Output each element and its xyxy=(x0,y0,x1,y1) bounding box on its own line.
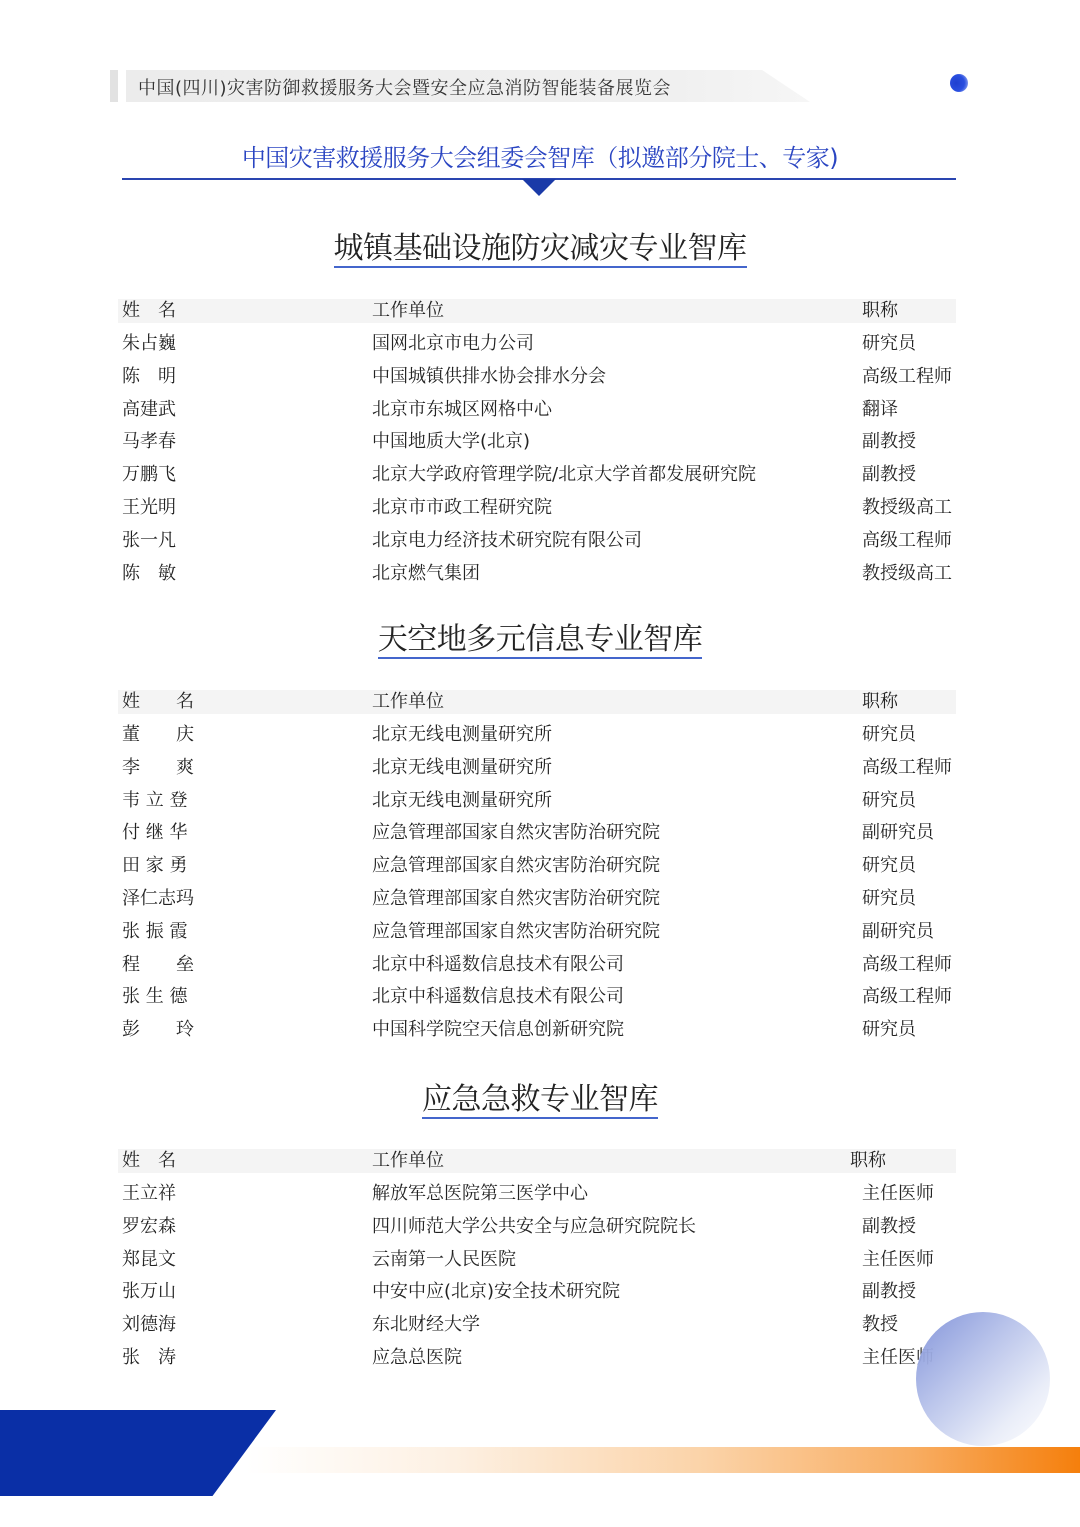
table-row: 张 涛应急总医院主任医师 xyxy=(118,1346,956,1379)
expert-name: 张 生 德 xyxy=(122,985,187,1009)
expert-name: 陈 明 xyxy=(122,365,176,389)
header-accent-bar xyxy=(110,70,118,102)
expert-title: 高级工程师 xyxy=(862,985,952,1009)
expert-title: 主任医师 xyxy=(862,1182,934,1206)
event-header-banner: 中国(四川)灾害防御救援服务大会暨安全应急消防智能装备展览会 xyxy=(110,70,810,102)
event-name: 中国(四川)灾害防御救援服务大会暨安全应急消防智能装备展览会 xyxy=(138,74,671,100)
expert-name: 李 爽 xyxy=(122,756,194,780)
expert-unit: 云南第一人民医院 xyxy=(372,1248,516,1272)
expert-unit: 北京中科遥数信息技术有限公司 xyxy=(372,953,624,977)
expert-unit: 解放军总医院第三医学中心 xyxy=(372,1182,588,1206)
table-row: 张 生 德北京中科遥数信息技术有限公司高级工程师 xyxy=(118,985,956,1018)
header-name: 姓 名 xyxy=(122,299,176,323)
experts-table-infrastructure: 姓 名 工作单位 职称 朱占巍国网北京市电力公司研究员 陈 明中国城镇供排水协会… xyxy=(118,299,956,594)
table-row: 万鹏飞北京大学政府管理学院/北京大学首都发展研究院副教授 xyxy=(118,463,956,496)
table-row: 高建武北京市东城区网格中心翻译 xyxy=(118,398,956,431)
expert-unit: 应急管理部国家自然灾害防治研究院 xyxy=(372,821,660,845)
expert-title: 研究员 xyxy=(862,1018,916,1042)
table-row: 张 振 霞应急管理部国家自然灾害防治研究院副研究员 xyxy=(118,920,956,953)
expert-name: 王立祥 xyxy=(122,1182,176,1206)
expert-name: 郑昆文 xyxy=(122,1248,176,1272)
table-header: 姓 名 工作单位 职称 xyxy=(118,299,956,323)
section-heading: 天空地多元信息专业智库 xyxy=(378,623,703,659)
header-name: 姓 名 xyxy=(122,1149,176,1173)
expert-unit: 四川师范大学公共安全与应急研究院院长 xyxy=(372,1215,696,1239)
expert-title: 副研究员 xyxy=(862,920,934,944)
expert-unit: 中安中应(北京)安全技术研究院 xyxy=(372,1280,620,1304)
expert-name: 张一凡 xyxy=(122,529,176,553)
table-row: 彭 玲中国科学院空天信息创新研究院研究员 xyxy=(118,1018,956,1051)
expert-unit: 应急管理部国家自然灾害防治研究院 xyxy=(372,920,660,944)
expert-name: 张万山 xyxy=(122,1280,176,1304)
header-title: 职称 xyxy=(862,299,898,323)
expert-unit: 北京市市政工程研究院 xyxy=(372,496,552,520)
expert-unit: 国网北京市电力公司 xyxy=(372,332,534,356)
expert-title: 教授 xyxy=(862,1313,898,1337)
expert-unit: 应急管理部国家自然灾害防治研究院 xyxy=(372,854,660,878)
table-row: 陈 明中国城镇供排水协会排水分会高级工程师 xyxy=(118,365,956,398)
expert-title: 高级工程师 xyxy=(862,756,952,780)
expert-name: 王光明 xyxy=(122,496,176,520)
expert-title: 副教授 xyxy=(862,430,916,454)
experts-table-space-info: 姓 名 工作单位 职称 董 庆北京无线电测量研究所研究员 李 爽北京无线电测量研… xyxy=(118,690,956,1051)
down-triangle-icon xyxy=(522,179,556,196)
table-row: 付 继 华应急管理部国家自然灾害防治研究院副研究员 xyxy=(118,821,956,854)
table-row: 罗宏森四川师范大学公共安全与应急研究院院长副教授 xyxy=(118,1215,956,1248)
decorative-dot-icon xyxy=(950,74,968,92)
expert-name: 高建武 xyxy=(122,398,176,422)
expert-unit: 北京无线电测量研究所 xyxy=(372,789,552,813)
section-title-infrastructure: 城镇基础设施防灾减灾专业智库 xyxy=(0,232,1080,268)
expert-name: 田 家 勇 xyxy=(122,854,187,878)
expert-name: 万鹏飞 xyxy=(122,463,176,487)
header-unit: 工作单位 xyxy=(372,299,444,323)
header-name: 姓 名 xyxy=(122,690,194,714)
expert-name: 陈 敏 xyxy=(122,562,176,586)
expert-title: 教授级高工 xyxy=(862,496,952,520)
table-header: 姓 名 工作单位 职称 xyxy=(118,1149,956,1173)
expert-title: 副教授 xyxy=(862,1280,916,1304)
section-heading: 城镇基础设施防灾减灾专业智库 xyxy=(334,232,747,268)
expert-unit: 应急总医院 xyxy=(372,1346,462,1370)
expert-title: 研究员 xyxy=(862,723,916,747)
expert-name: 张 振 霞 xyxy=(122,920,187,944)
expert-unit: 北京无线电测量研究所 xyxy=(372,723,552,747)
table-row: 李 爽北京无线电测量研究所高级工程师 xyxy=(118,756,956,789)
expert-unit: 中国城镇供排水协会排水分会 xyxy=(372,365,606,389)
section-title-space-info: 天空地多元信息专业智库 xyxy=(0,623,1080,659)
expert-unit: 北京无线电测量研究所 xyxy=(372,756,552,780)
header-title: 职称 xyxy=(862,690,898,714)
expert-title: 副研究员 xyxy=(862,821,934,845)
expert-unit: 中国科学院空天信息创新研究院 xyxy=(372,1018,624,1042)
expert-unit: 中国地质大学(北京) xyxy=(372,430,530,454)
table-row: 董 庆北京无线电测量研究所研究员 xyxy=(118,723,956,756)
expert-title: 研究员 xyxy=(862,887,916,911)
header-unit: 工作单位 xyxy=(372,690,444,714)
header-unit: 工作单位 xyxy=(372,1149,444,1173)
expert-unit: 北京电力经济技术研究院有限公司 xyxy=(372,529,642,553)
expert-title: 副教授 xyxy=(862,1215,916,1239)
expert-title: 高级工程师 xyxy=(862,365,952,389)
expert-name: 彭 玲 xyxy=(122,1018,194,1042)
expert-title: 主任医师 xyxy=(862,1248,934,1272)
table-row: 刘德海东北财经大学教授 xyxy=(118,1313,956,1346)
expert-name: 程 垒 xyxy=(122,953,194,977)
table-row: 韦 立 登北京无线电测量研究所研究员 xyxy=(118,789,956,822)
table-row: 田 家 勇应急管理部国家自然灾害防治研究院研究员 xyxy=(118,854,956,887)
expert-title: 教授级高工 xyxy=(862,562,952,586)
table-row: 郑昆文云南第一人民医院主任医师 xyxy=(118,1248,956,1281)
expert-name: 韦 立 登 xyxy=(122,789,187,813)
expert-unit: 东北财经大学 xyxy=(372,1313,480,1337)
expert-title: 高级工程师 xyxy=(862,953,952,977)
expert-name: 泽仁志玛 xyxy=(122,887,194,911)
expert-unit: 北京大学政府管理学院/北京大学首都发展研究院 xyxy=(372,463,756,487)
expert-unit: 北京燃气集团 xyxy=(372,562,480,586)
table-row: 程 垒北京中科遥数信息技术有限公司高级工程师 xyxy=(118,953,956,986)
expert-name: 董 庆 xyxy=(122,723,194,747)
table-header: 姓 名 工作单位 职称 xyxy=(118,690,956,714)
expert-name: 张 涛 xyxy=(122,1346,176,1370)
experts-table-emergency-rescue: 姓 名 工作单位 职称 王立祥解放军总医院第三医学中心主任医师 罗宏森四川师范大… xyxy=(118,1149,956,1379)
expert-title: 研究员 xyxy=(862,854,916,878)
expert-name: 付 继 华 xyxy=(122,821,187,845)
expert-title: 副教授 xyxy=(862,463,916,487)
table-row: 张一凡北京电力经济技术研究院有限公司高级工程师 xyxy=(118,529,956,562)
table-row: 朱占巍国网北京市电力公司研究员 xyxy=(118,332,956,365)
header-title: 职称 xyxy=(850,1149,886,1173)
decorative-orange-gradient-bar xyxy=(246,1447,1080,1473)
expert-name: 马孝春 xyxy=(122,430,176,454)
expert-unit: 北京中科遥数信息技术有限公司 xyxy=(372,985,624,1009)
section-heading: 应急急救专业智库 xyxy=(422,1083,658,1119)
section-title-emergency-rescue: 应急急救专业智库 xyxy=(0,1083,1080,1119)
table-row: 张万山中安中应(北京)安全技术研究院副教授 xyxy=(118,1280,956,1313)
table-row: 马孝春中国地质大学(北京)副教授 xyxy=(118,430,956,463)
expert-name: 朱占巍 xyxy=(122,332,176,356)
table-row: 泽仁志玛应急管理部国家自然灾害防治研究院研究员 xyxy=(118,887,956,920)
table-row: 王光明北京市市政工程研究院教授级高工 xyxy=(118,496,956,529)
table-row: 陈 敏北京燃气集团教授级高工 xyxy=(118,562,956,595)
decorative-blue-parallelogram xyxy=(0,1410,276,1496)
expert-unit: 北京市东城区网格中心 xyxy=(372,398,552,422)
table-row: 王立祥解放军总医院第三医学中心主任医师 xyxy=(118,1182,956,1215)
expert-unit: 应急管理部国家自然灾害防治研究院 xyxy=(372,887,660,911)
expert-name: 罗宏森 xyxy=(122,1215,176,1239)
decorative-gradient-circle xyxy=(916,1312,1050,1446)
expert-title: 翻译 xyxy=(862,398,898,422)
expert-title: 高级工程师 xyxy=(862,529,952,553)
page-title: 中国灾害救援服务大会组委会智库（拟邀部分院士、专家) xyxy=(0,138,1080,173)
expert-name: 刘德海 xyxy=(122,1313,176,1337)
expert-title: 研究员 xyxy=(862,789,916,813)
expert-title: 研究员 xyxy=(862,332,916,356)
